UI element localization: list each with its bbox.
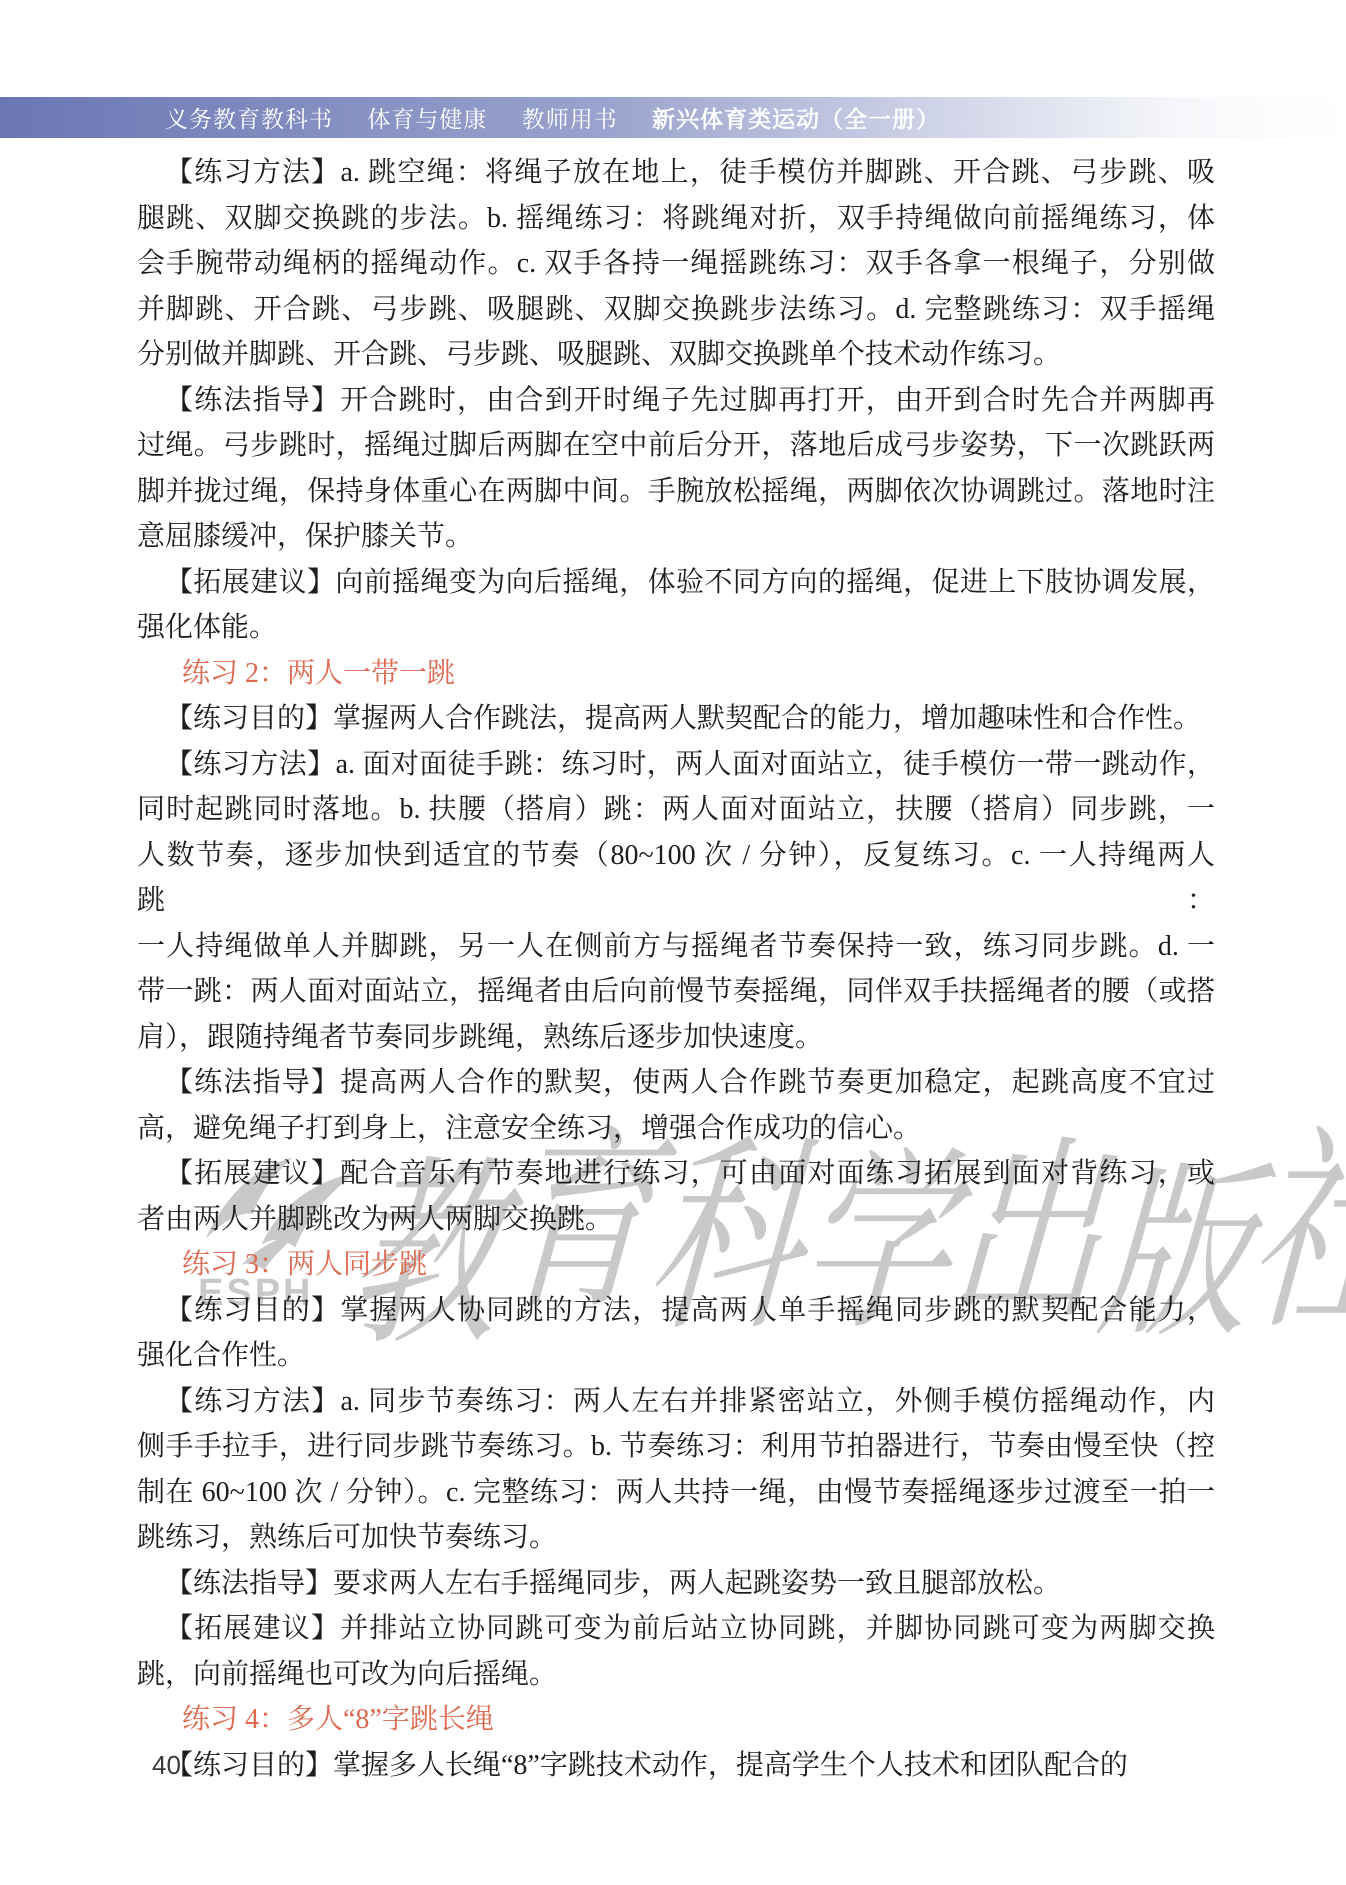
book-page: { "colors": { "header_left": "#6b77b4", … (0, 0, 1346, 1885)
text-line: 强化体能。 (137, 605, 1215, 651)
text-line: 【练习方法】a. 跳空绳：将绳子放在地上，徒手模仿并脚跳、开合跳、弓步跳、吸 (137, 150, 1215, 196)
text-line: 会手腕带动绳柄的摇绳动作。c. 双手各持一绳摇跳练习：双手各拿一根绳子，分别做 (137, 241, 1215, 287)
text-line: 【练习目的】掌握两人协同跳的方法，提高两人单手摇绳同步跳的默契配合能力， (137, 1288, 1215, 1334)
text-line: 【练习目的】掌握多人长绳“8”字跳技术动作，提高学生个人技术和团队配合的 (137, 1743, 1215, 1789)
exercise-heading: 练习 2：两人一带一跳 (137, 651, 1215, 697)
header-title: 义务教育教科书 体育与健康 教师用书 新兴体育类运动（全一册） (165, 101, 940, 134)
header-bar: 义务教育教科书 体育与健康 教师用书 新兴体育类运动（全一册） (0, 97, 1346, 138)
text-line: 高，避免绳子打到身上，注意安全练习，增强合作成功的信心。 (137, 1106, 1215, 1152)
text-line: 制在 60~100 次 / 分钟）。c. 完整练习：两人共持一绳，由慢节奏摇绳逐… (137, 1470, 1215, 1516)
text-line: 分别做并脚跳、开合跳、弓步跳、吸腿跳、双脚交换跳单个技术动作练习。 (137, 332, 1215, 378)
text-line: 侧手手拉手，进行同步跳节奏练习。b. 节奏练习：利用节拍器进行，节奏由慢至快（控 (137, 1424, 1215, 1470)
text-line: 腿跳、双脚交换跳的步法。b. 摇绳练习：将跳绳对折，双手持绳做向前摇绳练习，体 (137, 196, 1215, 242)
text-line: 【练法指导】开合跳时，由合到开时绳子先过脚再打开，由开到合时先合并两脚再 (137, 378, 1215, 424)
text-line: 【练法指导】要求两人左右手摇绳同步，两人起跳姿势一致且腿部放松。 (137, 1561, 1215, 1607)
exercise-heading: 练习 3：两人同步跳 (137, 1242, 1215, 1288)
text-line: 【练习目的】掌握两人合作跳法，提高两人默契配合的能力，增加趣味性和合作性。 (137, 696, 1215, 742)
header-book-title: 新兴体育类运动（全一册） (652, 106, 940, 132)
body-text: 【练习方法】a. 跳空绳：将绳子放在地上，徒手模仿并脚跳、开合跳、弓步跳、吸腿跳… (137, 150, 1215, 1788)
text-line: 【拓展建议】配合音乐有节奏地进行练习，可由面对面练习拓展到面对背练习，或 (137, 1151, 1215, 1197)
text-line: 同时起跳同时落地。b. 扶腰（搭肩）跳：两人面对面站立，扶腰（搭肩）同步跳，一 (137, 787, 1215, 833)
text-line: 者由两人并脚跳改为两人两脚交换跳。 (137, 1197, 1215, 1243)
watermark-char: 社 (1242, 1125, 1346, 1343)
text-line: 肩），跟随持绳者节奏同步跳绳，熟练后逐步加快速度。 (137, 1015, 1215, 1061)
text-line: 过绳。弓步跳时，摇绳过脚后两脚在空中前后分开，落地后成弓步姿势，下一次跳跃两 (137, 423, 1215, 469)
exercise-heading: 练习 4：多人“8”字跳长绳 (137, 1697, 1215, 1743)
text-line: 【练法指导】提高两人合作的默契，使两人合作跳节奏更加稳定，起跳高度不宜过 (137, 1060, 1215, 1106)
header-edition-label: 教师用书 (522, 106, 618, 132)
text-line: 带一跳：两人面对面站立，摇绳者由后向前慢节奏摇绳，同伴双手扶摇绳者的腰（或搭 (137, 969, 1215, 1015)
text-line: 强化合作性。 (137, 1333, 1215, 1379)
text-line: 跳，向前摇绳也可改为向后摇绳。 (137, 1652, 1215, 1698)
text-line: 一人持绳做单人并脚跳，另一人在侧前方与摇绳者节奏保持一致，练习同步跳。d. 一 (137, 924, 1215, 970)
text-line: 脚并拢过绳，保持身体重心在两脚中间。手腕放松摇绳，两脚依次协调跳过。落地时注 (137, 469, 1215, 515)
page-number: 40 (152, 1750, 181, 1781)
text-line: 【练习方法】a. 面对面徒手跳：练习时，两人面对面站立，徒手模仿一带一跳动作， (137, 742, 1215, 788)
text-line: 并脚跳、开合跳、弓步跳、吸腿跳、双脚交换跳步法练习。d. 完整跳练习：双手摇绳 (137, 287, 1215, 333)
text-line: 【拓展建议】并排站立协同跳可变为前后站立协同跳，并脚协同跳可变为两脚交换 (137, 1606, 1215, 1652)
text-line: 人数节奏，逐步加快到适宜的节奏（80~100 次 / 分钟），反复练习。c. 一… (137, 833, 1215, 924)
header-subject-label: 体育与健康 (367, 106, 487, 132)
header-series-label: 义务教育教科书 (165, 106, 333, 132)
text-line: 【练习方法】a. 同步节奏练习：两人左右并排紧密站立，外侧手模仿摇绳动作，内 (137, 1379, 1215, 1425)
text-line: 【拓展建议】向前摇绳变为向后摇绳，体验不同方向的摇绳，促进上下肢协调发展， (137, 560, 1215, 606)
text-line: 意屈膝缓冲，保护膝关节。 (137, 514, 1215, 560)
text-line: 跳练习，熟练后可加快节奏练习。 (137, 1515, 1215, 1561)
